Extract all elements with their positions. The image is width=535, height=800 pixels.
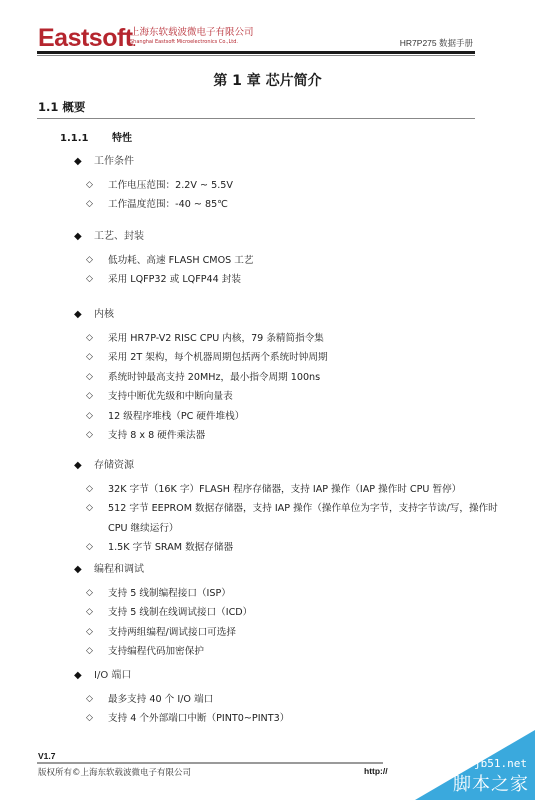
group-heading: ◆ I/O 端口 [74, 668, 513, 690]
list-item: ◇采用 LQFP32 或 LQFP44 封装 [74, 270, 513, 289]
hollow-diamond-bullet-icon: ◇ [86, 348, 93, 367]
list-item: ◇支持 5 线制在线调试接口（ICD） [74, 603, 513, 622]
list-item: ◇支持 4 个外部端口中断（PINT0~PINT3） [74, 709, 513, 728]
hollow-diamond-bullet-icon: ◇ [86, 270, 93, 289]
watermark-site: jb51.net [474, 757, 527, 770]
chapter-title: 第 1 章 芯片简介 [0, 72, 535, 90]
footer-divider [37, 762, 383, 764]
solid-diamond-bullet-icon: ◆ [74, 562, 82, 578]
hollow-diamond-bullet-icon: ◇ [86, 690, 93, 709]
hollow-diamond-bullet-icon: ◇ [86, 426, 93, 445]
list-item: ◇32K 字节（16K 字）FLASH 程序存储器，支持 IAP 操作（IAP … [74, 480, 513, 499]
solid-diamond-bullet-icon: ◆ [74, 307, 82, 323]
document-version: V1.7 [38, 751, 56, 761]
hollow-diamond-bullet-icon: ◇ [86, 623, 93, 642]
hollow-diamond-bullet-icon: ◇ [86, 709, 93, 728]
hollow-diamond-bullet-icon: ◇ [86, 480, 93, 499]
group-heading: ◆ 存储资源 [74, 458, 513, 480]
subsection-title: 1.1.1特性 [60, 133, 132, 145]
subsection-number: 1.1.1 [60, 133, 112, 145]
solid-diamond-bullet-icon: ◆ [74, 154, 82, 170]
feature-group-operating-conditions: ◆ 工作条件 ◇工作电压范围：2.2V ~ 5.5V ◇工作温度范围：-40 ~… [74, 154, 513, 215]
list-item: ◇工作电压范围：2.2V ~ 5.5V [74, 176, 513, 195]
group-heading: ◆ 工作条件 [74, 154, 513, 176]
list-item: ◇支持编程代码加密保护 [74, 642, 513, 661]
list-item: ◇1.5K 字节 SRAM 数据存储器 [74, 538, 513, 557]
group-heading: ◆ 工艺、封装 [74, 229, 513, 251]
feature-group-io-ports: ◆ I/O 端口 ◇最多支持 40 个 I/O 端口 ◇支持 4 个外部端口中断… [74, 668, 513, 729]
hollow-diamond-bullet-icon: ◇ [86, 251, 93, 270]
hollow-diamond-bullet-icon: ◇ [86, 538, 93, 557]
watermark-name: 脚本之家 [453, 774, 529, 796]
header-divider-thin [37, 55, 475, 56]
subsection-label: 特性 [112, 133, 132, 144]
copyright-text: 版权所有©上海东软载波微电子有限公司 [38, 766, 191, 778]
list-item: ◇系统时钟最高支持 20MHz，最小指令周期 100ns [74, 368, 513, 387]
hollow-diamond-bullet-icon: ◇ [86, 584, 93, 603]
company-name-en: Shanghai Eastsoft Microelectronics Co.,L… [130, 39, 238, 46]
footer-url-link[interactable]: http:// [364, 766, 388, 776]
solid-diamond-bullet-icon: ◆ [74, 458, 82, 474]
hollow-diamond-bullet-icon: ◇ [86, 387, 93, 406]
list-item: ◇采用 2T 架构，每个机器周期包括两个系统时钟周期 [74, 348, 513, 367]
solid-diamond-bullet-icon: ◆ [74, 668, 82, 684]
list-item: ◇12 级程序堆栈（PC 硬件堆栈） [74, 407, 513, 426]
feature-group-memory: ◆ 存储资源 ◇32K 字节（16K 字）FLASH 程序存储器，支持 IAP … [74, 458, 513, 558]
list-item: ◇支持 8 x 8 硬件乘法器 [74, 426, 513, 445]
list-item: ◇采用 HR7P-V2 RISC CPU 内核，79 条精简指令集 [74, 329, 513, 348]
company-name-cn: 上海东软载波微电子有限公司 [130, 27, 254, 38]
solid-diamond-bullet-icon: ◆ [74, 229, 82, 245]
hollow-diamond-bullet-icon: ◇ [86, 329, 93, 348]
hollow-diamond-bullet-icon: ◇ [86, 195, 93, 214]
list-item: ◇支持两组编程/调试接口可选择 [74, 623, 513, 642]
hollow-diamond-bullet-icon: ◇ [86, 603, 93, 622]
feature-group-programming-debug: ◆ 编程和调试 ◇支持 5 线制编程接口（ISP） ◇支持 5 线制在线调试接口… [74, 562, 513, 662]
feature-group-core: ◆ 内核 ◇采用 HR7P-V2 RISC CPU 内核，79 条精简指令集 ◇… [74, 307, 513, 445]
hollow-diamond-bullet-icon: ◇ [86, 499, 93, 518]
list-item: ◇低功耗、高速 FLASH CMOS 工艺 [74, 251, 513, 270]
header-divider [37, 51, 475, 54]
section-title: 1.1 概要 [38, 100, 85, 114]
list-item: ◇工作温度范围：-40 ~ 85℃ [74, 195, 513, 214]
list-item: ◇最多支持 40 个 I/O 端口 [74, 690, 513, 709]
hollow-diamond-bullet-icon: ◇ [86, 368, 93, 387]
section-divider [37, 118, 475, 119]
list-item: ◇支持中断优先级和中断向量表 [74, 387, 513, 406]
hollow-diamond-bullet-icon: ◇ [86, 176, 93, 195]
list-item: ◇支持 5 线制编程接口（ISP） [74, 584, 513, 603]
feature-group-process-package: ◆ 工艺、封装 ◇低功耗、高速 FLASH CMOS 工艺 ◇采用 LQFP32… [74, 229, 513, 290]
group-heading: ◆ 内核 [74, 307, 513, 329]
hollow-diamond-bullet-icon: ◇ [86, 407, 93, 426]
hollow-diamond-bullet-icon: ◇ [86, 642, 93, 661]
group-heading: ◆ 编程和调试 [74, 562, 513, 584]
list-item: ◇512 字节 EEPROM 数据存储器，支持 IAP 操作（操作单位为字节，支… [74, 499, 513, 538]
document-title: HR7P275 数据手册 [400, 37, 473, 49]
